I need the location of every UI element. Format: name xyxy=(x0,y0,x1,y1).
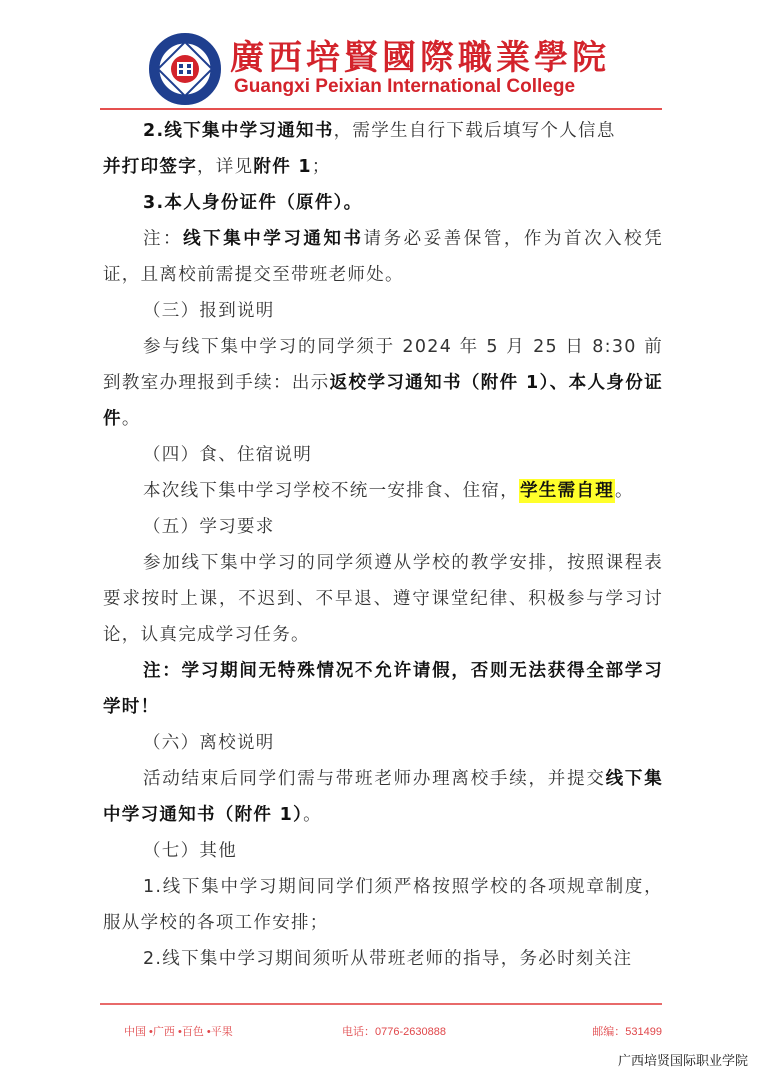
bold-text: 2.线下集中学习通知书 xyxy=(143,121,334,141)
letterhead: 廣西培賢國際職業學院 Guangxi Peixian International… xyxy=(148,28,618,108)
footer-address: 中国 •广西 •百色 •平果 xyxy=(124,1023,233,1039)
paragraph-accommodation: 本次线下集中学习学校不统一安排食、住宿，学生需自理。 xyxy=(103,473,663,509)
text: 注： xyxy=(143,229,183,249)
section-heading-4: （四）食、住宿说明 xyxy=(103,437,663,473)
paragraph-item-2: 2.线下集中学习通知书，需学生自行下载后填写个人信息 xyxy=(103,113,663,149)
paragraph-other-2: 2.线下集中学习期间须听从带班老师的指导，务必时刻关注 xyxy=(103,941,663,977)
text: 活动结束后同学们需与带班老师办理离校手续，并提交 xyxy=(143,769,606,789)
section-heading-3: （三）报到说明 xyxy=(103,293,663,329)
bold-text: 并打印签字 xyxy=(103,157,197,177)
text: 本次线下集中学习学校不统一安排食、住宿， xyxy=(143,481,519,501)
section-heading-5: （五）学习要求 xyxy=(103,509,663,545)
header-divider xyxy=(100,108,662,110)
section-heading-7: （七）其他 xyxy=(103,833,663,869)
paragraph-other-1: 1.线下集中学习期间同学们须严格按照学校的各项规章制度，服从学校的各项工作安排； xyxy=(103,869,663,941)
text: ； xyxy=(312,157,331,177)
college-seal-logo-icon xyxy=(148,32,222,106)
text: ，需学生自行下载后填写个人信息 xyxy=(334,121,616,141)
paragraph-departure: 活动结束后同学们需与带班老师办理离校手续，并提交线下集中学习通知书（附件 1）。 xyxy=(103,761,663,833)
text: 。 xyxy=(303,805,322,825)
section-heading-6: （六）离校说明 xyxy=(103,725,663,761)
highlighted-text: 学生需自理 xyxy=(519,479,615,503)
paragraph-study-requirements: 参加线下集中学习的同学须遵从学校的教学安排，按照课程表要求按时上课，不迟到、不早… xyxy=(103,545,663,653)
footer-postcode: 邮编：531499 xyxy=(592,1023,662,1039)
text: 。 xyxy=(615,481,634,501)
paragraph-note-1: 注：线下集中学习通知书请务必妥善保管，作为首次入校凭证，且离校前需提交至带班老师… xyxy=(103,221,663,293)
footer-divider xyxy=(100,1003,662,1005)
source-watermark: 广西培贤国际职业学院 xyxy=(618,1050,748,1069)
paragraph-item-2-cont: 并打印签字，详见附件 1； xyxy=(103,149,663,185)
footer-phone: 电话：0776-2630888 xyxy=(342,1023,446,1039)
paragraph-note-leave: 注：学习期间无特殊情况不允许请假，否则无法获得全部学习学时！ xyxy=(103,653,663,725)
text: 。 xyxy=(122,409,141,429)
bold-text: 3.本人身份证件（原件）。 xyxy=(143,193,362,213)
college-name-cn: 廣西培賢國際職業學院 xyxy=(230,30,610,79)
text: ，详见 xyxy=(197,157,253,177)
paragraph-registration: 参与线下集中学习的同学须于 2024 年 5 月 25 日 8:30 前到教室办… xyxy=(103,329,663,437)
paragraph-item-3: 3.本人身份证件（原件）。 xyxy=(103,185,663,221)
document-body: 2.线下集中学习通知书，需学生自行下载后填写个人信息 并打印签字，详见附件 1；… xyxy=(103,113,663,977)
bold-text: 线下集中学习通知书 xyxy=(183,229,363,249)
footer: 中国 •广西 •百色 •平果 电话：0776-2630888 邮编：531499 xyxy=(124,1023,662,1043)
college-name-en: Guangxi Peixian International College xyxy=(234,76,575,98)
attachment-ref: 附件 1 xyxy=(253,157,311,177)
